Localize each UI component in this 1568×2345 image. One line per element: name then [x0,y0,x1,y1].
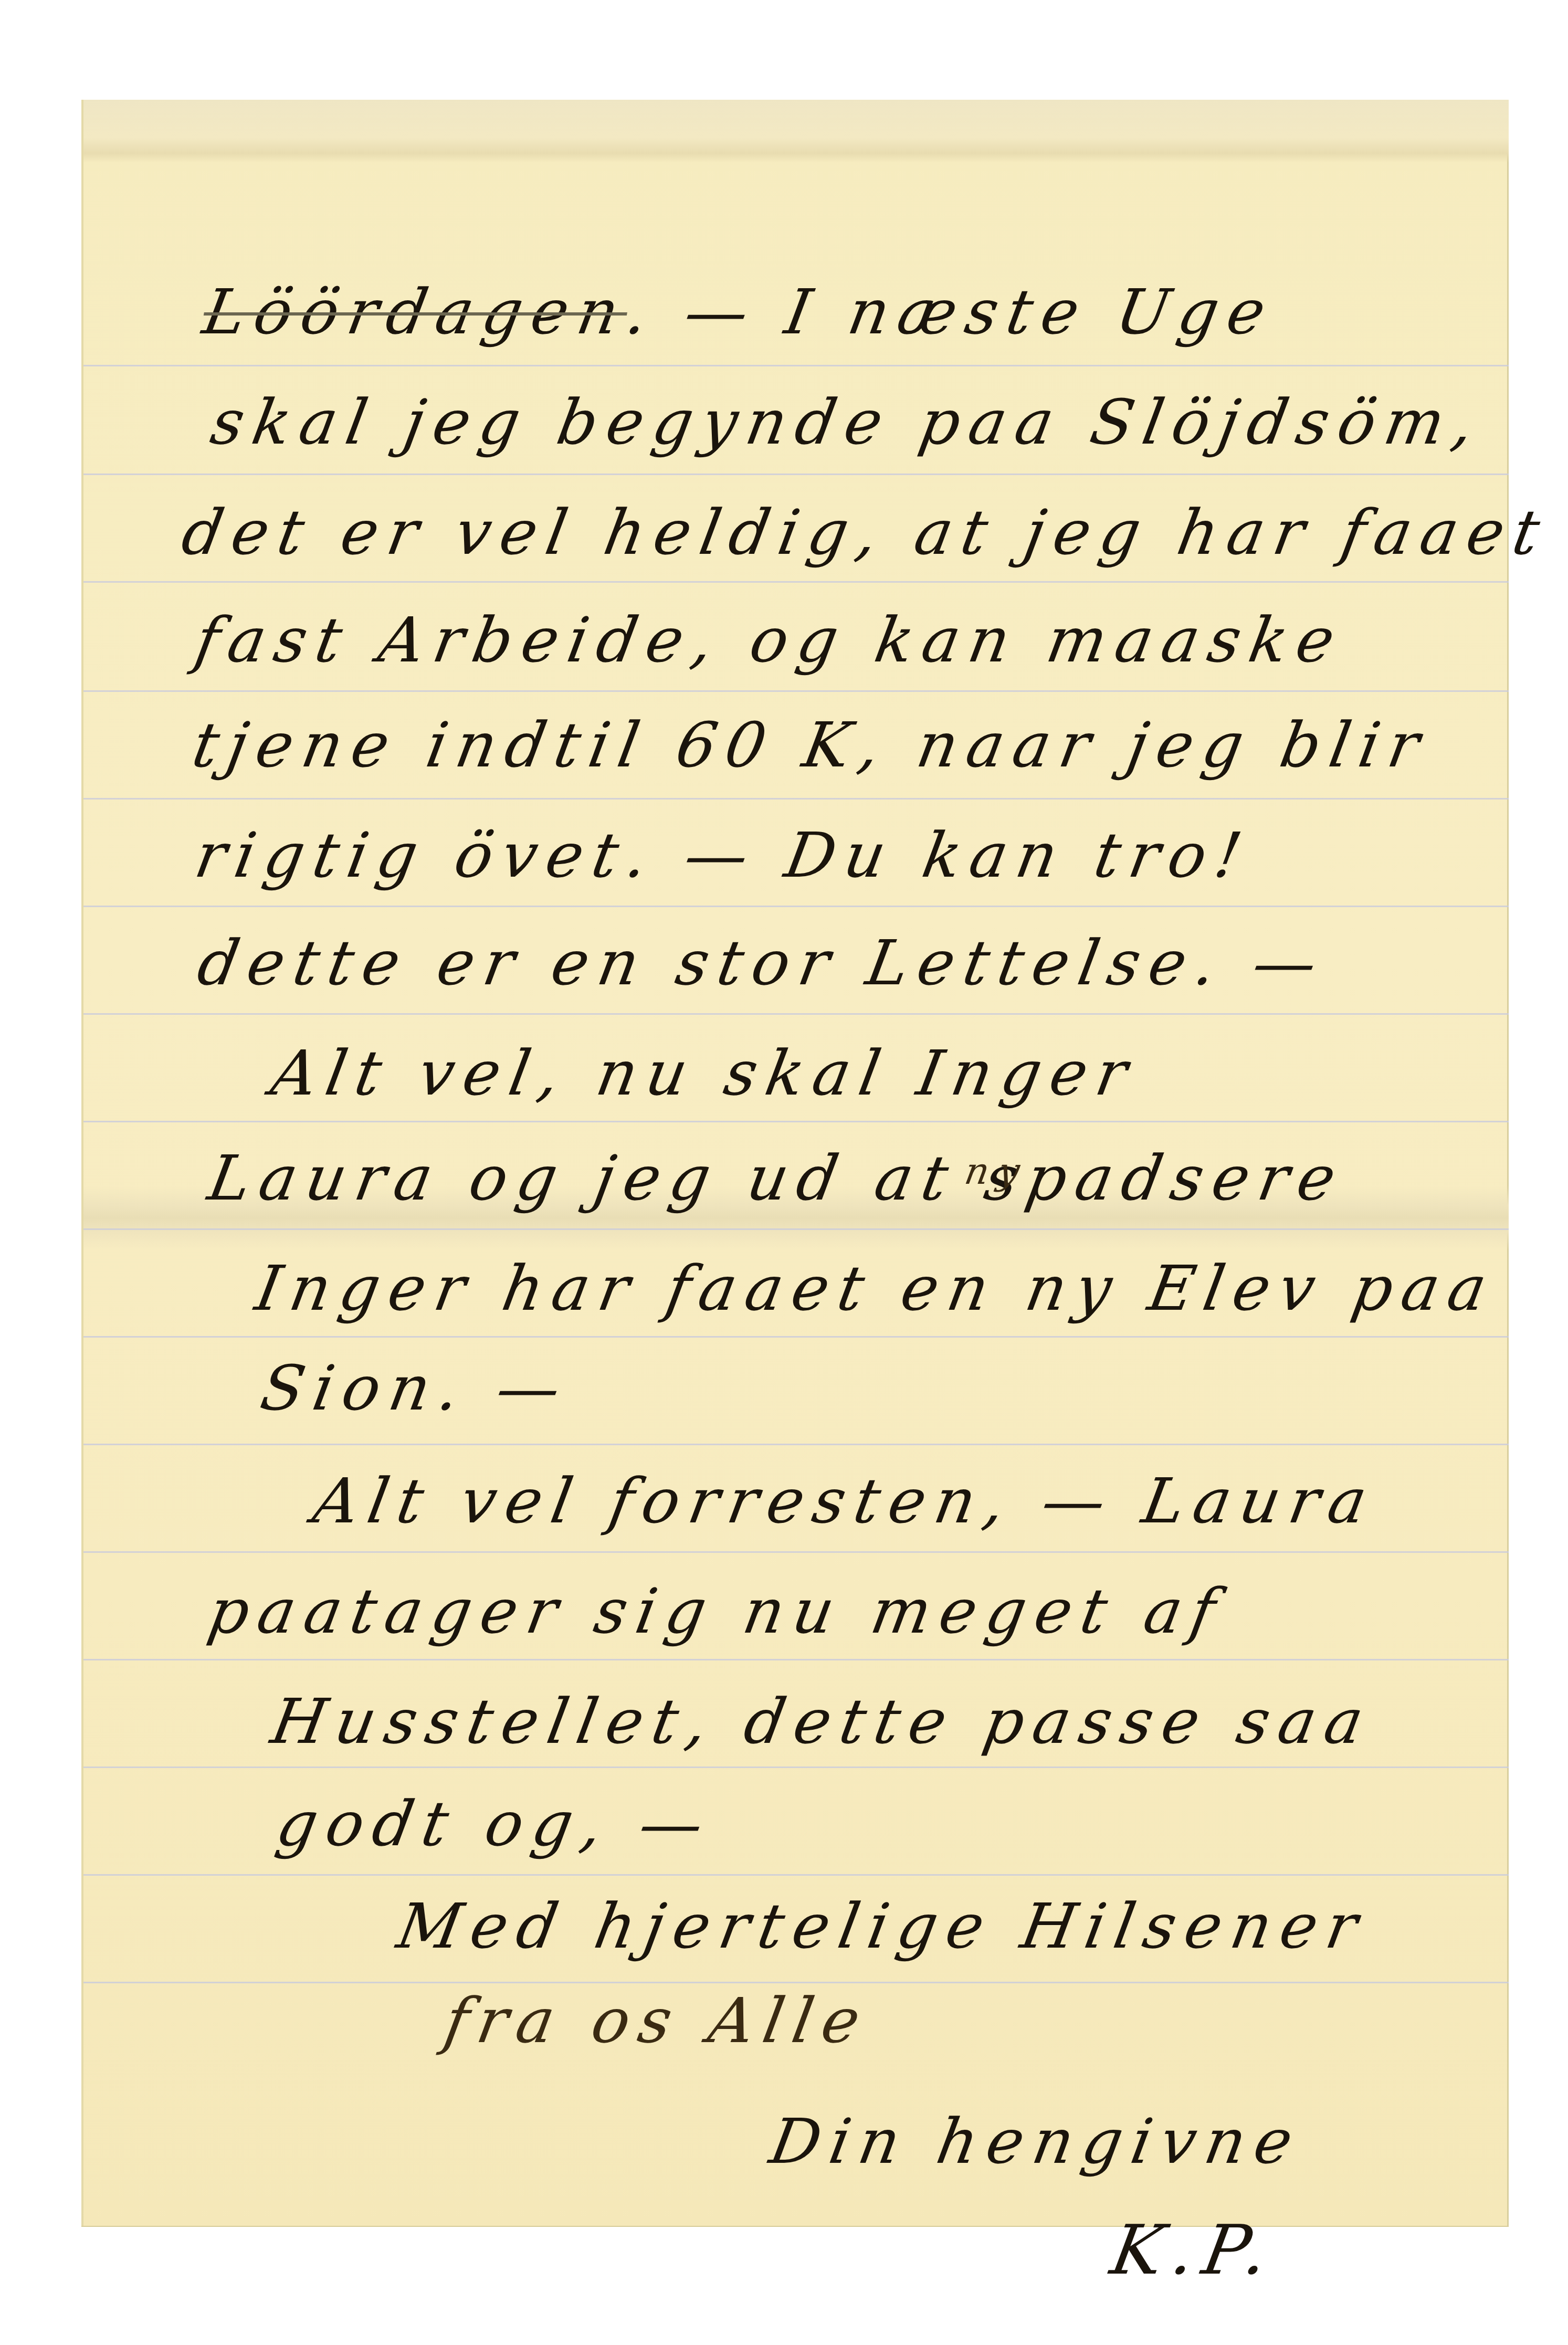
letter-line-5: tjene indtil 60 K, naar jeg blir [187,709,1435,781]
ruled-line [83,365,1509,366]
letter-line-9: Laura og jeg ud at spadsere [203,1142,1351,1214]
letter-page: Löördagen. — I næste Uge skal jeg begynd… [81,100,1509,2226]
letter-line-13: paatager sig nu meget af [203,1575,1230,1647]
letter-line-2: skal jeg begynde paa Slöjdsöm, [206,386,1489,458]
ruled-line [83,1336,1509,1338]
ruled-line [83,581,1509,583]
signature-initials: K.P. [1106,2210,1284,2290]
letter-line-15: godt og, — [271,1787,718,1860]
top-fold-crease [83,100,1509,163]
letter-line-6: rigtig övet. — Du kan tro! [190,819,1256,891]
ruled-line [83,1766,1509,1768]
ruled-line [83,1874,1509,1876]
ruled-line [83,1982,1509,1983]
struck-word: Löördagen [198,276,634,348]
letter-line-3: det er vel heldig, at jeg har faaet [177,496,1554,569]
letter-line-1: Löördagen. — I næste Uge [198,276,1280,348]
closing-line: Din hengivne [765,2105,1308,2178]
ruled-line [83,474,1509,475]
ruled-line [83,906,1509,907]
ruled-line [83,798,1509,800]
ruled-line [83,1228,1509,1230]
letter-line-11: Sion. — [256,1352,575,1424]
insertion-word: ny [962,1150,1033,1193]
letter-line-16: Med hjertelige Hilsener [392,1890,1372,1962]
ruled-line [83,1013,1509,1015]
ruled-line [83,690,1509,692]
letter-line-7: dette er en stor Lettelse. — [193,927,1332,999]
letter-line-14: Husstellet, dette passe saa [266,1685,1378,1758]
ruled-line [83,1551,1509,1553]
letter-line-4: fast Arbeide, og kan maaske [190,604,1350,676]
letter-line-8: Alt vel, nu skal Inger [266,1037,1142,1109]
ruled-line [83,1121,1509,1122]
letter-line-12: Alt vel forresten, — Laura [308,1465,1382,1537]
ruled-line [83,1659,1509,1660]
letter-line-17: fra os Alle [439,1984,875,2057]
letter-line-10: Inger har faaet en ny Elev paa [250,1252,1501,1324]
ruled-line [83,1444,1509,1445]
